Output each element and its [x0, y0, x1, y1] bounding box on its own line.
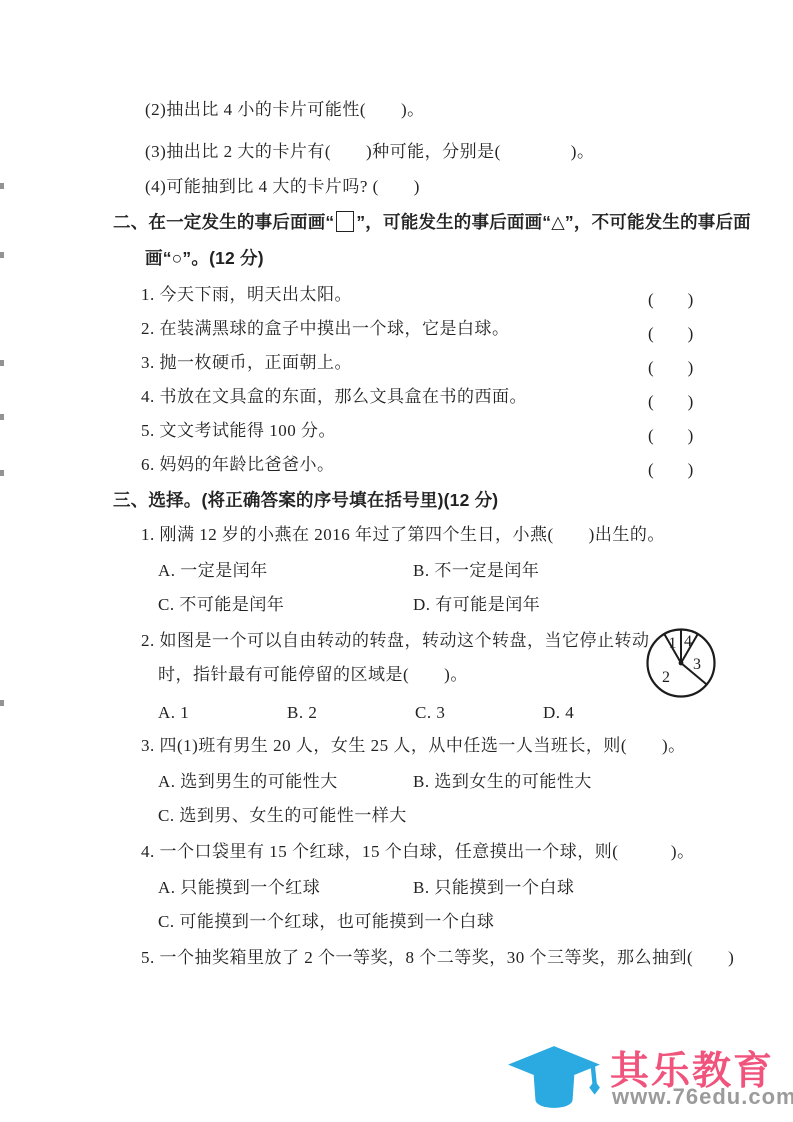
- scan-artifact: [0, 414, 4, 420]
- scan-artifact: [0, 252, 4, 258]
- fill-blank-item-2: (2)抽出比 4 小的卡片可能性( )。: [145, 100, 425, 120]
- judge-item-1: 1. 今天下雨，明天出太阳。: [141, 285, 352, 305]
- q2-option-b: B. 2: [287, 703, 317, 723]
- choice-q2-text-line1: 2. 如图是一个可以自由转动的转盘，转动这个转盘，当它停止转动: [141, 631, 650, 651]
- graduation-cap-icon: [501, 1036, 607, 1122]
- answer-bracket: ( ): [648, 421, 693, 446]
- q3-option-c: C. 选到男、女生的可能性一样大: [158, 806, 407, 826]
- answer-bracket: ( ): [648, 455, 693, 480]
- scan-artifact: [0, 183, 4, 189]
- q4-option-c: C. 可能摸到一个红球，也可能摸到一个白球: [158, 912, 494, 932]
- fill-blank-item-3: (3)抽出比 2 大的卡片有( )种可能，分别是( )。: [145, 142, 594, 162]
- q3-option-b: B. 选到女生的可能性大: [413, 772, 592, 792]
- q4-option-a: A. 只能摸到一个红球: [158, 878, 320, 898]
- q1-option-d: D. 有可能是闰年: [413, 595, 540, 615]
- q4-option-b: B. 只能摸到一个白球: [413, 878, 574, 898]
- scan-artifact: [0, 360, 4, 366]
- choice-q1-text: 1. 刚满 12 岁的小燕在 2016 年过了第四个生日，小燕( )出生的。: [141, 525, 665, 545]
- spinner-region-label: 1: [669, 635, 677, 652]
- answer-bracket: ( ): [648, 319, 693, 344]
- worksheet-page: (2)抽出比 4 小的卡片可能性( )。 (3)抽出比 2 大的卡片有( )种可…: [0, 0, 793, 1122]
- judge-item-3: 3. 抛一枚硬币，正面朝上。: [141, 353, 352, 373]
- q1-option-c: C. 不可能是闰年: [158, 595, 284, 615]
- scan-artifact: [0, 470, 4, 476]
- q3-option-a: A. 选到男生的可能性大: [158, 772, 338, 792]
- choice-q4-text: 4. 一个口袋里有 15 个红球，15 个白球，任意摸出一个球，则( )。: [141, 842, 695, 862]
- heading-text-part2: ”，可能发生的事后面画“△”，不可能发生的事后面: [356, 212, 751, 232]
- spinner-region-label: 2: [662, 669, 670, 686]
- judge-item-6: 6. 妈妈的年龄比爸爸小。: [141, 455, 335, 475]
- q2-option-d: D. 4: [543, 703, 574, 723]
- answer-bracket: ( ): [648, 387, 693, 412]
- q1-option-a: A. 一定是闰年: [158, 561, 268, 581]
- section-two-heading-line2: 画“○”。(12 分): [145, 248, 264, 268]
- judge-item-5: 5. 文文考试能得 100 分。: [141, 421, 336, 441]
- judge-item-2: 2. 在装满黑球的盒子中摸出一个球，它是白球。: [141, 319, 510, 339]
- answer-bracket: ( ): [648, 285, 693, 310]
- heading-text-part1: 二、在一定发生的事后面画“: [113, 212, 334, 232]
- choice-q3-text: 3. 四(1)班有男生 20 人，女生 25 人，从中任选一人当班长，则( )。: [141, 736, 686, 756]
- judge-item-4: 4. 书放在文具盒的东面，那么文具盒在书的西面。: [141, 387, 527, 407]
- q2-option-a: A. 1: [158, 703, 189, 723]
- q1-option-b: B. 不一定是闰年: [413, 561, 539, 581]
- answer-bracket: ( ): [648, 353, 693, 378]
- section-two-heading: 二、在一定发生的事后面画“”，可能发生的事后面画“△”，不可能发生的事后面: [113, 211, 751, 232]
- section-three-heading: 三、选择。(将正确答案的序号填在括号里)(12 分): [113, 490, 498, 510]
- fill-blank-item-4: (4)可能抽到比 4 大的卡片吗? ( ): [145, 177, 420, 197]
- choice-q2-text-line2: 时，指针最有可能停留的区域是( )。: [158, 665, 468, 685]
- square-symbol: [336, 211, 354, 232]
- spinner-region-label: 3: [693, 656, 701, 673]
- spinner-region-label: 4: [684, 633, 692, 650]
- q2-option-c: C. 3: [415, 703, 445, 723]
- scan-artifact: [0, 700, 4, 706]
- choice-q5-text: 5. 一个抽奖箱里放了 2 个一等奖，8 个二等奖，30 个三等奖，那么抽到( …: [141, 948, 734, 968]
- spinner-figure: 1 4 3 2: [644, 626, 718, 705]
- brand-url: www.76edu.com: [612, 1084, 793, 1110]
